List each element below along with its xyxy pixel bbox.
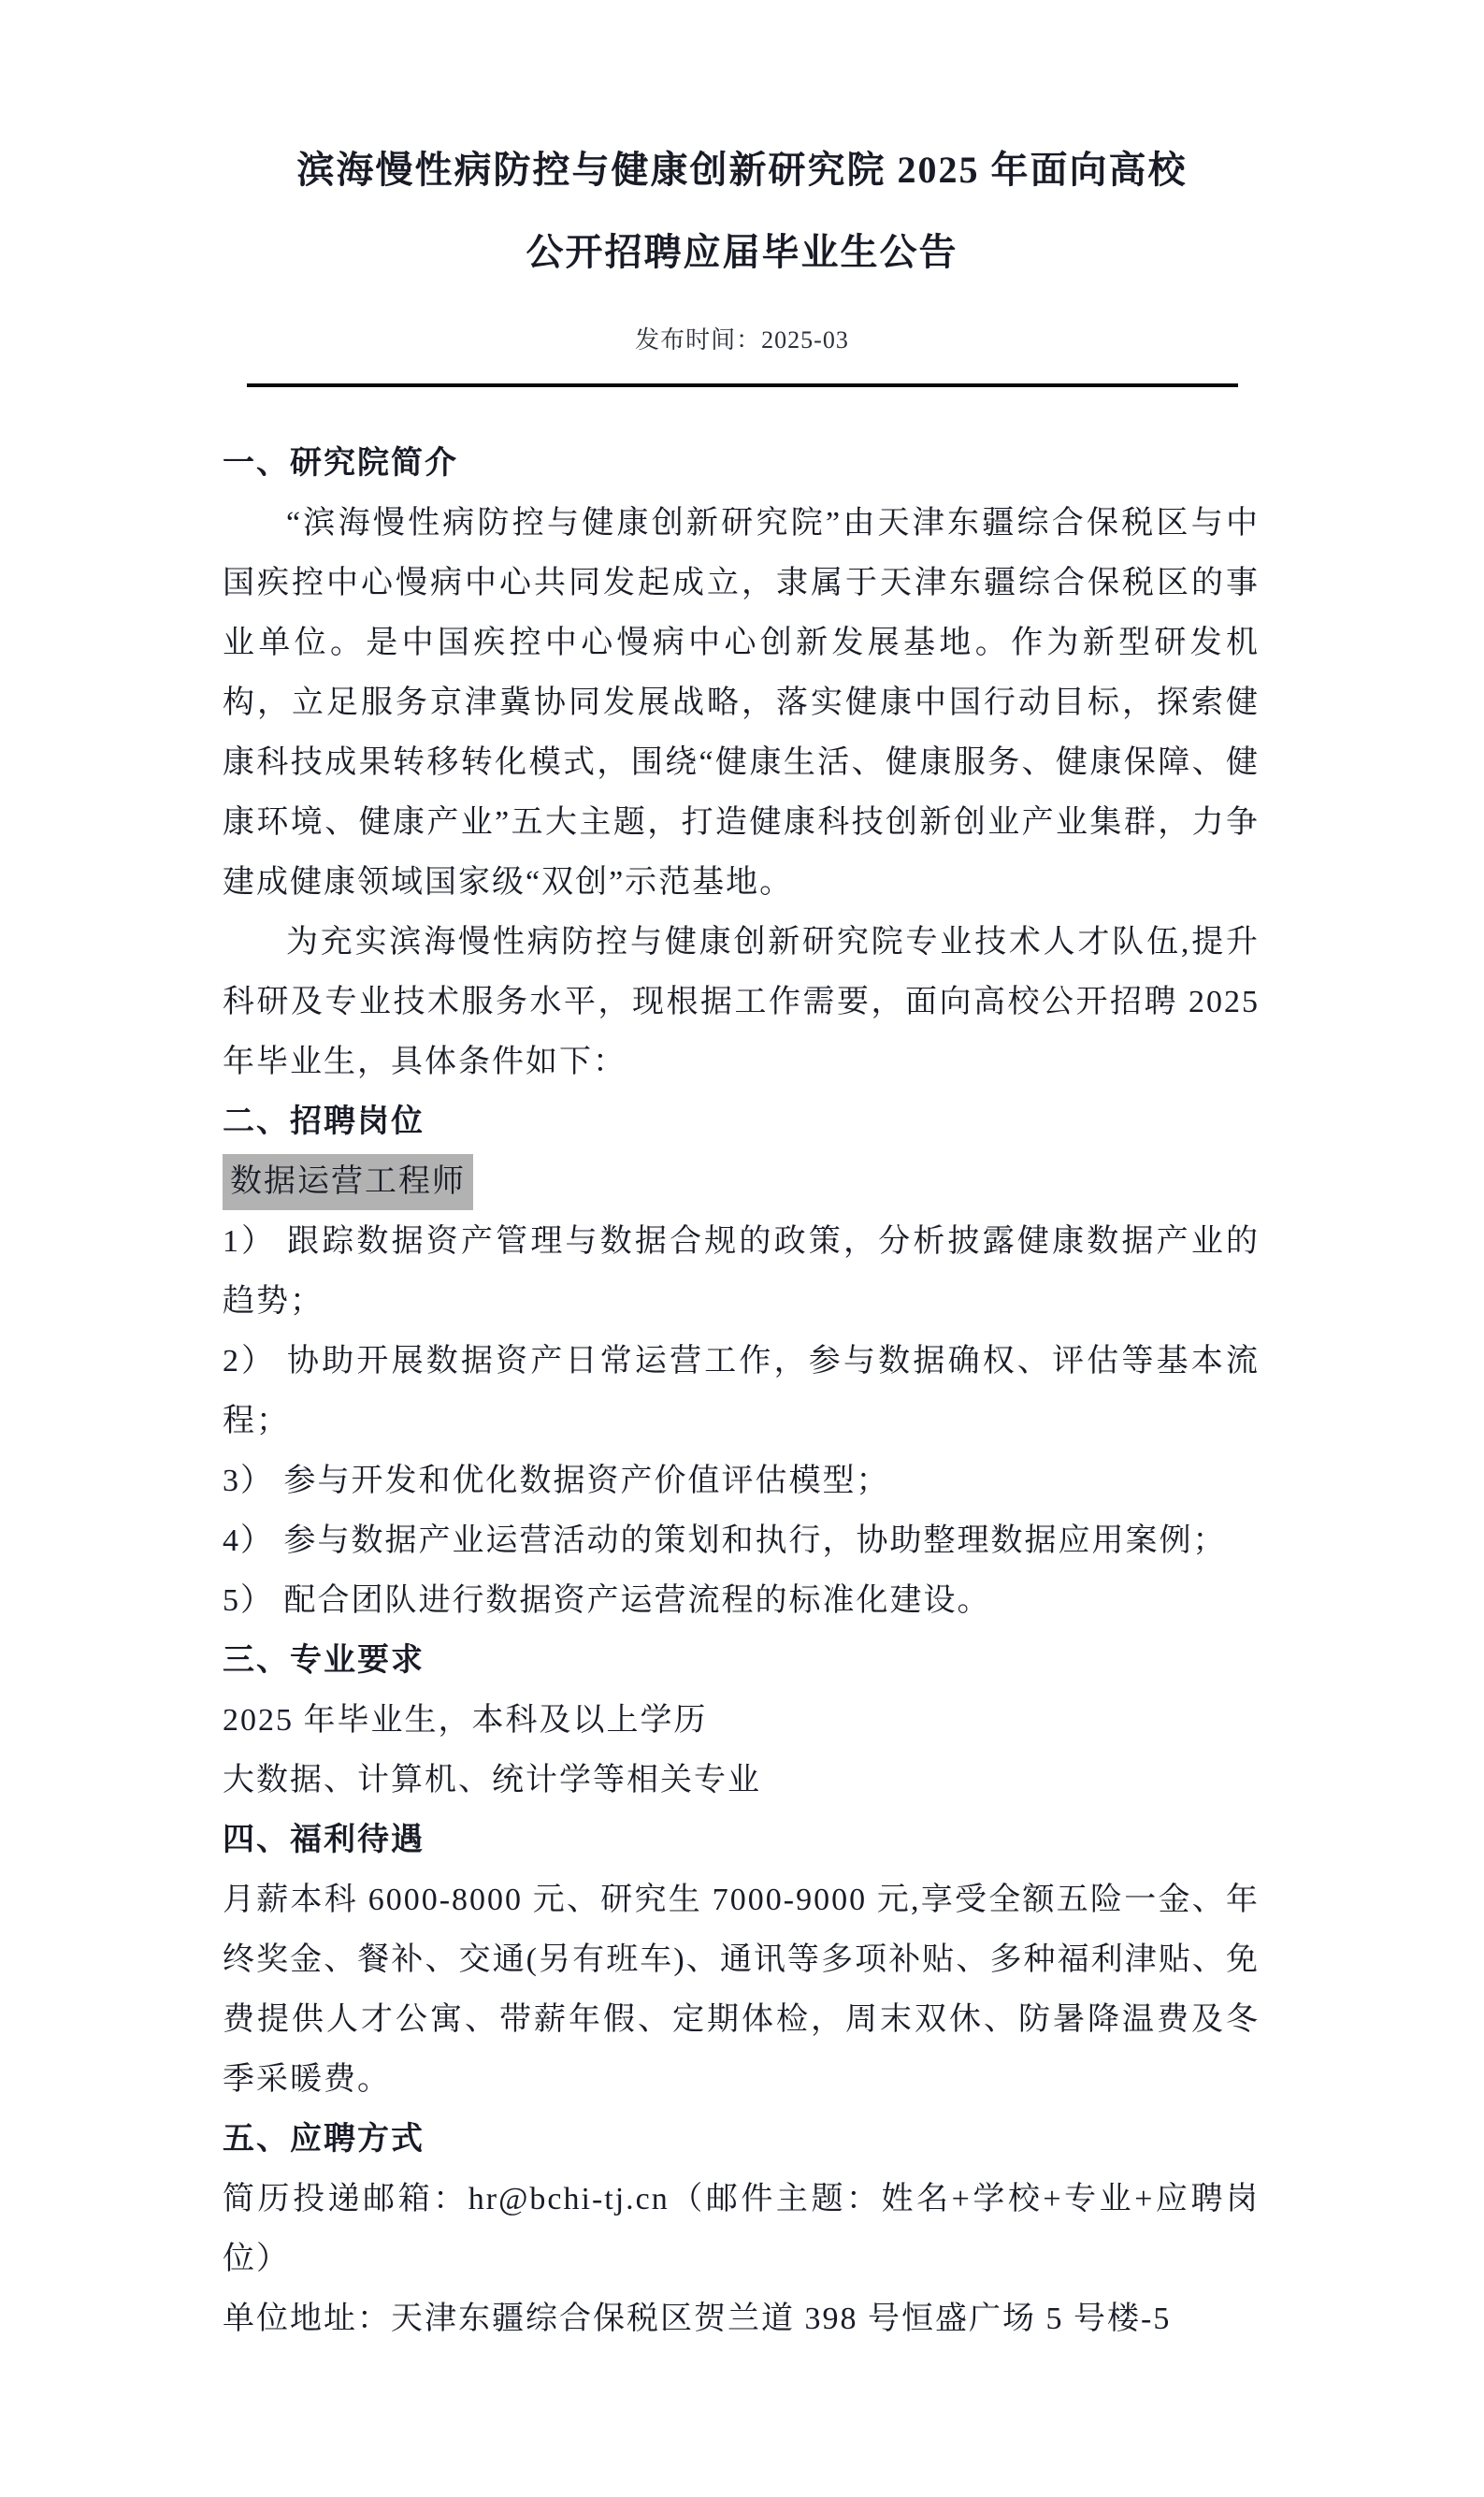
section-1-paragraph-1: “滨海慢性病防控与健康创新研究院”由天津东疆综合保税区与中国疾控中心慢病中心共同…	[223, 494, 1260, 913]
divider-line	[247, 383, 1238, 387]
section-3-heading: 三、专业要求	[223, 1631, 1260, 1691]
document-page: 滨海慢性病防控与健康创新研究院 2025 年面向高校 公开招聘应届毕业生公告 发…	[0, 0, 1484, 2497]
duty-item-3: 3） 参与开发和优化数据资产价值评估模型；	[223, 1451, 1260, 1511]
company-address-line: 单位地址：天津东疆综合保税区贺兰道 398 号恒盛广场 5 号楼-5	[223, 2289, 1260, 2349]
apply-email-line: 简历投递邮箱：hr@bchi-tj.cn（邮件主题：姓名+学校+专业+应聘岗位）	[223, 2170, 1260, 2289]
duty-item-1: 1） 跟踪数据资产管理与数据合规的政策，分析披露健康数据产业的趋势；	[223, 1212, 1260, 1332]
section-5-heading: 五、应聘方式	[223, 2110, 1260, 2170]
duty-item-2: 2） 协助开展数据资产日常运营工作，参与数据确权、评估等基本流程；	[223, 1332, 1260, 1451]
section-1-heading: 一、研究院简介	[223, 434, 1260, 494]
position-highlight: 数据运营工程师	[223, 1154, 473, 1210]
document-body: 一、研究院简介 “滨海慢性病防控与健康创新研究院”由天津东疆综合保税区与中国疾控…	[0, 434, 1484, 2349]
position-line: 数据运营工程师	[223, 1152, 1260, 1212]
duty-item-4: 4） 参与数据产业运营活动的策划和执行，协助整理数据应用案例；	[223, 1511, 1260, 1571]
requirement-line-1: 2025 年毕业生，本科及以上学历	[223, 1691, 1260, 1751]
section-1-paragraph-2: 为充实滨海慢性病防控与健康创新研究院专业技术人才队伍,提升科研及专业技术服务水平…	[223, 913, 1260, 1092]
section-4-heading: 四、福利待遇	[223, 1811, 1260, 1870]
document-title: 滨海慢性病防控与健康创新研究院 2025 年面向高校 公开招聘应届毕业生公告	[0, 129, 1484, 294]
section-2-heading: 二、招聘岗位	[223, 1092, 1260, 1152]
title-line-1: 滨海慢性病防控与健康创新研究院 2025 年面向高校	[150, 129, 1334, 211]
requirement-line-2: 大数据、计算机、统计学等相关专业	[223, 1751, 1260, 1811]
benefits-paragraph: 月薪本科 6000-8000 元、研究生 7000-9000 元,享受全额五险一…	[223, 1870, 1260, 2110]
publish-date: 发布时间：2025-03	[0, 324, 1484, 357]
title-line-2: 公开招聘应届毕业生公告	[150, 211, 1334, 294]
duty-item-5: 5） 配合团队进行数据资产运营流程的标准化建设。	[223, 1571, 1260, 1631]
